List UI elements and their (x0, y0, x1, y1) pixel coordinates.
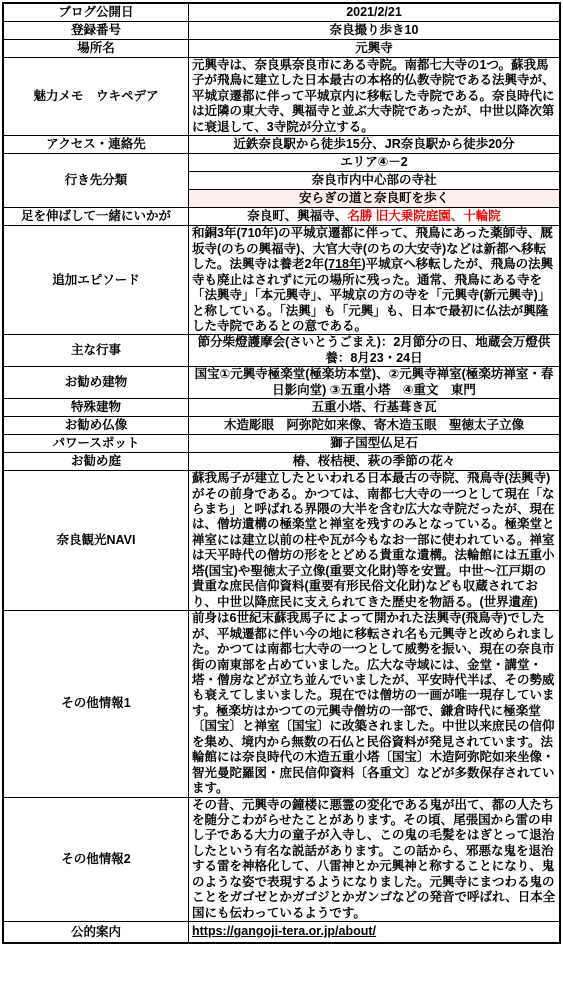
category-sub2-value: 安らぎの道と奈良町を歩く (189, 190, 561, 208)
table-row: 特殊建物 五重小塔、行基葺き瓦 (3, 399, 560, 417)
recommended-buildings-label: お勧め建物 (3, 367, 189, 399)
episode-value: 和銅3年(710年)の平城京遷都に伴って、飛鳥にあった薬師寺、厩坂寺(のちの興福… (189, 226, 561, 335)
table-row: パワースポット 獅子国型仏足石 (3, 435, 560, 453)
category-area-value: エリア④－2 (189, 154, 561, 172)
table-row: お勧め仏像 木造彫眼 阿弥陀如来像、寄木造玉眼 聖徳太子立像 (3, 417, 560, 435)
nearby-plain-text: 奈良町、興福寺、 (247, 209, 347, 223)
nearby-spots-value: 奈良町、興福寺、名勝 旧大乗院庭園、十輪院 (189, 208, 561, 226)
table-row: 足を伸ばして一緒にいかが 奈良町、興福寺、名勝 旧大乗院庭園、十輪院 (3, 208, 560, 226)
access-value: 近鉄奈良駅から徒歩15分、JR奈良駅から徒歩20分 (189, 136, 561, 154)
wiki-memo-value: 元興寺は、奈良県奈良市にある寺院。南都七大寺の1つ。蘇我馬子が飛鳥に建立した日本… (189, 58, 561, 136)
table-row: 登録番号 奈良撮り歩き10 (3, 22, 560, 40)
year-718-link[interactable]: 718年 (328, 257, 361, 271)
episode-label: 追加エピソード (3, 226, 189, 335)
table-row: 追加エピソード 和銅3年(710年)の平城京遷都に伴って、飛鳥にあった薬師寺、厩… (3, 226, 560, 335)
temple-info-table: ブログ公開日 2021/2/21 登録番号 奈良撮り歩き10 場所名 元興寺 魅… (2, 2, 561, 944)
main-events-value: 節分柴燈護摩会(さいとうごまえ)：2月節分の日、地蔵会万燈供養：8月23・24日 (189, 335, 561, 367)
recommended-statues-label: お勧め仏像 (3, 417, 189, 435)
nearby-highlight-text: 名勝 旧大乗院庭園、十輪院 (347, 209, 500, 223)
power-spot-value: 獅子国型仏足石 (189, 435, 561, 453)
other-info2-value: その昔、元興寺の鐘楼に悪霊の変化である鬼が出て、都の人たちを随分こわがらせたこと… (189, 797, 561, 922)
table-row: 主な行事 節分柴燈護摩会(さいとうごまえ)：2月節分の日、地蔵会万燈供養：8月2… (3, 335, 560, 367)
other-info2-label: その他情報2 (3, 797, 189, 922)
recommended-garden-value: 椿、桜桔梗、萩の季節の花々 (189, 453, 561, 471)
official-guide-label: 公的案内 (3, 922, 189, 944)
place-name-label: 場所名 (3, 40, 189, 58)
table-row: お勧め建物 国宝①元興寺極楽堂(極楽坊本堂)、②元興寺禅室(極楽坊禅室・春日影向… (3, 367, 560, 399)
special-buildings-value: 五重小塔、行基葺き瓦 (189, 399, 561, 417)
category-sub1-value: 奈良市内中心部の寺社 (189, 172, 561, 190)
blog-date-value: 2021/2/21 (189, 3, 561, 22)
other-info1-label: その他情報1 (3, 611, 189, 797)
table-row: 奈良観光NAVI 蘇我馬子が建立したといわれる日本最古の寺院、飛鳥寺(法興寺)が… (3, 471, 560, 611)
table-row: 魅力メモ ウキペデア 元興寺は、奈良県奈良市にある寺院。南都七大寺の1つ。蘇我馬… (3, 58, 560, 136)
nearby-spots-label: 足を伸ばして一緒にいかが (3, 208, 189, 226)
registration-number-label: 登録番号 (3, 22, 189, 40)
main-events-label: 主な行事 (3, 335, 189, 367)
access-label: アクセス・連絡先 (3, 136, 189, 154)
table-row: 行き先分類 エリア④－2 (3, 154, 560, 172)
power-spot-label: パワースポット (3, 435, 189, 453)
recommended-garden-label: お勧め庭 (3, 453, 189, 471)
registration-number-value: 奈良撮り歩き10 (189, 22, 561, 40)
table-row: お勧め庭 椿、桜桔梗、萩の季節の花々 (3, 453, 560, 471)
other-info1-value: 前身は6世紀末蘇我馬子によって開かれた法興寺(飛鳥寺)でしたが、平城遷都に伴い今… (189, 611, 561, 797)
wiki-memo-label: 魅力メモ ウキペデア (3, 58, 189, 136)
place-name-value: 元興寺 (189, 40, 561, 58)
nara-navi-value: 蘇我馬子が建立したといわれる日本最古の寺院、飛鳥寺(法興寺)がその前身である。か… (189, 471, 561, 611)
blog-date-label: ブログ公開日 (3, 3, 189, 22)
special-buildings-label: 特殊建物 (3, 399, 189, 417)
table-row: その他情報2 その昔、元興寺の鐘楼に悪霊の変化である鬼が出て、都の人たちを随分こ… (3, 797, 560, 922)
category-label: 行き先分類 (3, 154, 189, 208)
nara-navi-label: 奈良観光NAVI (3, 471, 189, 611)
official-site-link[interactable]: https://gangoji-tera.or.jp/about/ (189, 922, 561, 944)
table-row: ブログ公開日 2021/2/21 (3, 3, 560, 22)
table-row: その他情報1 前身は6世紀末蘇我馬子によって開かれた法興寺(飛鳥寺)でしたが、平… (3, 611, 560, 797)
recommended-buildings-value: 国宝①元興寺極楽堂(極楽坊本堂)、②元興寺禅室(極楽坊禅室・春日影向堂) ③五重… (189, 367, 561, 399)
recommended-statues-value: 木造彫眼 阿弥陀如来像、寄木造玉眼 聖徳太子立像 (189, 417, 561, 435)
table-row: 場所名 元興寺 (3, 40, 560, 58)
table-row: 公的案内 https://gangoji-tera.or.jp/about/ (3, 922, 560, 944)
table-row: アクセス・連絡先 近鉄奈良駅から徒歩15分、JR奈良駅から徒歩20分 (3, 136, 560, 154)
